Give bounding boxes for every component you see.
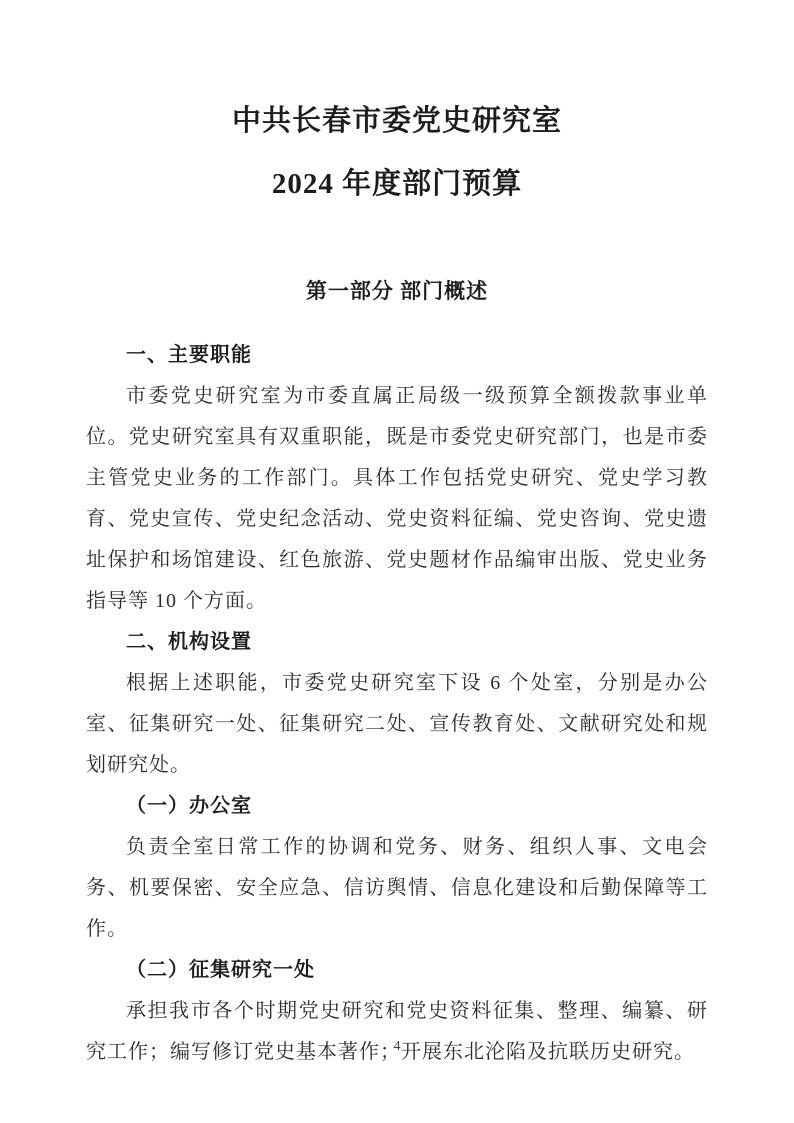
document-body: 一、主要职能 市委党史研究室为市委直属正局级一级预算全额拨款事业单位。党史研究室… — [86, 335, 708, 1073]
subsection-heading-research-division-1: （二）征集研究一处 — [86, 950, 708, 991]
body-paragraph: 承担我市各个时期党史研究和党史资料征集、整理、编纂、研究工作；编写修订党史基本著… — [86, 991, 708, 1073]
subsection-heading-general-office: （一）办公室 — [86, 786, 708, 827]
body-paragraph: 根据上述职能，市委党史研究室下设 6 个处室，分别是办公室、征集研究一处、征集研… — [86, 663, 708, 786]
page-number: 4 — [0, 1039, 794, 1055]
subsection-heading-org-structure: 二、机构设置 — [86, 622, 708, 663]
document-title-line2: 2024 年度部门预算 — [86, 166, 708, 202]
subsection-heading-main-functions: 一、主要职能 — [86, 335, 708, 376]
document-title-line1: 中共长春市委党史研究室 — [86, 103, 708, 139]
document-page: 中共长春市委党史研究室 2024 年度部门预算 第一部分 部门概述 一、主要职能… — [0, 0, 794, 1123]
body-paragraph: 市委党史研究室为市委直属正局级一级预算全额拨款事业单位。党史研究室具有双重职能，… — [86, 376, 708, 622]
section-heading: 第一部分 部门概述 — [86, 277, 708, 305]
body-paragraph: 负责全室日常工作的协调和党务、财务、组织人事、文电会务、机要保密、安全应急、信访… — [86, 827, 708, 950]
